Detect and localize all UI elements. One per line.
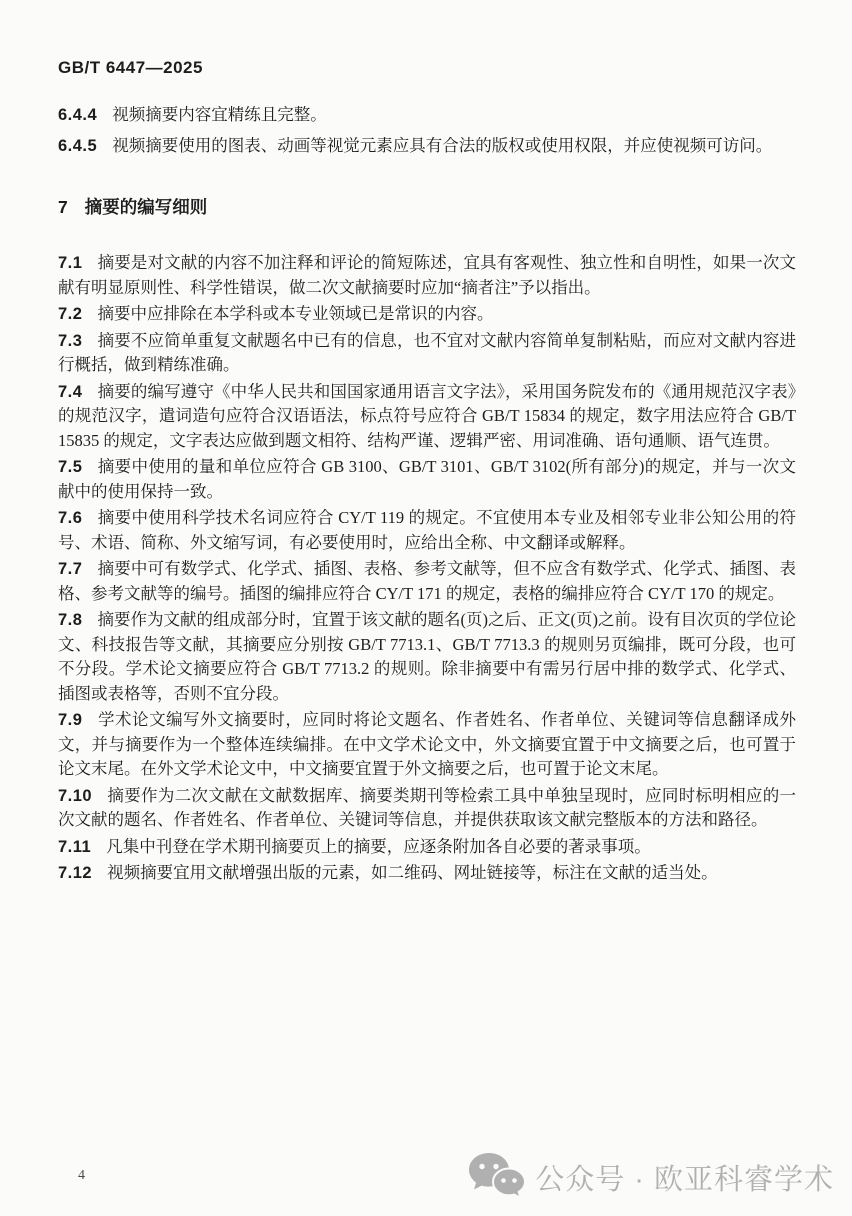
clause-number: 7.8 <box>58 611 82 629</box>
section-number: 7 <box>58 197 68 217</box>
clause-7-7: 7.7摘要中可有数学式、化学式、插图、表格、参考文献等，但不应含有数学式、化学式… <box>58 557 796 606</box>
clause-7-5: 7.5摘要中使用的量和单位应符合 GB 3100、GB/T 3101、GB/T … <box>58 455 796 504</box>
clause-number: 7.11 <box>58 838 91 856</box>
clause-7-8: 7.8摘要作为文献的组成部分时，宜置于该文献的题名(页)之后、正文(页)之前。设… <box>58 608 796 706</box>
clause-text: 摘要的编写遵守《中华人民共和国国家通用语言文字法》，采用国务院发布的《通用规范汉… <box>58 382 796 450</box>
clause-number: 6.4.5 <box>58 137 97 155</box>
clause-text: 摘要中应排除在本学科或本专业领域已是常识的内容。 <box>97 304 493 323</box>
clause-6-4-4: 6.4.4视频摘要内容宜精练且完整。 <box>58 103 796 128</box>
clause-number: 7.7 <box>58 560 82 578</box>
clause-text: 摘要中使用科学技术名词应符合 CY/T 119 的规定。不宜使用本专业及相邻专业… <box>58 508 796 552</box>
clause-text: 摘要作为文献的组成部分时，宜置于该文献的题名(页)之后、正文(页)之前。设有目次… <box>58 610 796 703</box>
section-title: 摘要的编写细则 <box>85 197 208 217</box>
clause-number: 7.3 <box>58 332 82 350</box>
page-content: GB/T 6447—2025 6.4.4视频摘要内容宜精练且完整。 6.4.5视… <box>0 0 852 886</box>
clause-text: 摘要中可有数学式、化学式、插图、表格、参考文献等，但不应含有数学式、化学式、插图… <box>58 559 796 603</box>
clause-7-11: 7.11凡集中刊登在学术期刊摘要页上的摘要，应逐条附加各自必要的著录事项。 <box>58 835 796 860</box>
clause-number: 7.10 <box>58 787 92 805</box>
clause-text: 凡集中刊登在学术期刊摘要页上的摘要，应逐条附加各自必要的著录事项。 <box>106 837 651 856</box>
clause-text: 学术论文编写外文摘要时，应同时将论文题名、作者姓名、作者单位、关键词等信息翻译成… <box>58 710 796 778</box>
clause-number: 7.12 <box>58 864 92 882</box>
clause-7-10: 7.10摘要作为二次文献在文献数据库、摘要类期刊等检索工具中单独呈现时，应同时标… <box>58 784 796 833</box>
section-6-clauses: 6.4.4视频摘要内容宜精练且完整。 6.4.5视频摘要使用的图表、动画等视觉元… <box>58 103 796 158</box>
clause-7-9: 7.9学术论文编写外文摘要时，应同时将论文题名、作者姓名、作者单位、关键词等信息… <box>58 708 796 782</box>
clause-text: 摘要作为二次文献在文献数据库、摘要类期刊等检索工具中单独呈现时，应同时标明相应的… <box>58 786 796 830</box>
clause-number: 7.1 <box>58 254 82 272</box>
clause-7-2: 7.2摘要中应排除在本学科或本专业领域已是常识的内容。 <box>58 302 796 327</box>
clause-text: 摘要是对文献的内容不加注释和评论的简短陈述，宜具有客观性、独立性和自明性，如果一… <box>58 253 796 297</box>
clause-number: 7.4 <box>58 383 82 401</box>
clause-number: 7.9 <box>58 711 82 729</box>
clause-7-6: 7.6摘要中使用科学技术名词应符合 CY/T 119 的规定。不宜使用本专业及相… <box>58 506 796 555</box>
clause-text: 视频摘要宜用文献增强出版的元素，如二维码、网址链接等，标注在文献的适当处。 <box>107 863 718 882</box>
clause-text: 视频摘要使用的图表、动画等视觉元素应具有合法的版权或使用权限，并应使视频可访问。 <box>112 136 772 155</box>
clause-text: 摘要不应简单重复文献题名中已有的信息，也不宜对文献内容简单复制粘贴，而应对文献内… <box>58 331 796 375</box>
watermark: 公众号 · 欧亚科睿学术 <box>467 1151 834 1203</box>
clause-text: 视频摘要内容宜精练且完整。 <box>112 105 327 124</box>
clause-7-1: 7.1摘要是对文献的内容不加注释和评论的简短陈述，宜具有客观性、独立性和自明性，… <box>58 251 796 300</box>
clause-7-4: 7.4摘要的编写遵守《中华人民共和国国家通用语言文字法》，采用国务院发布的《通用… <box>58 380 796 454</box>
clause-number: 7.2 <box>58 305 82 323</box>
page-number: 4 <box>78 1168 85 1184</box>
clause-7-12: 7.12视频摘要宜用文献增强出版的元素，如二维码、网址链接等，标注在文献的适当处… <box>58 861 796 886</box>
section-7-clauses: 7.1摘要是对文献的内容不加注释和评论的简短陈述，宜具有客观性、独立性和自明性，… <box>58 251 796 886</box>
section-7-heading: 7摘要的编写细则 <box>58 194 796 219</box>
clause-7-3: 7.3摘要不应简单重复文献题名中已有的信息，也不宜对文献内容简单复制粘贴，而应对… <box>58 329 796 378</box>
watermark-text: 公众号 · 欧亚科睿学术 <box>535 1157 834 1198</box>
clause-text: 摘要中使用的量和单位应符合 GB 3100、GB/T 3101、GB/T 310… <box>58 457 796 501</box>
wechat-icon <box>467 1151 525 1203</box>
clause-6-4-5: 6.4.5视频摘要使用的图表、动画等视觉元素应具有合法的版权或使用权限，并应使视… <box>58 134 796 159</box>
clause-number: 6.4.4 <box>58 106 97 124</box>
clause-number: 7.6 <box>58 509 82 527</box>
standard-document-page: GB/T 6447—2025 6.4.4视频摘要内容宜精练且完整。 6.4.5视… <box>0 0 852 1216</box>
clause-number: 7.5 <box>58 458 82 476</box>
standard-code-header: GB/T 6447—2025 <box>58 58 796 78</box>
